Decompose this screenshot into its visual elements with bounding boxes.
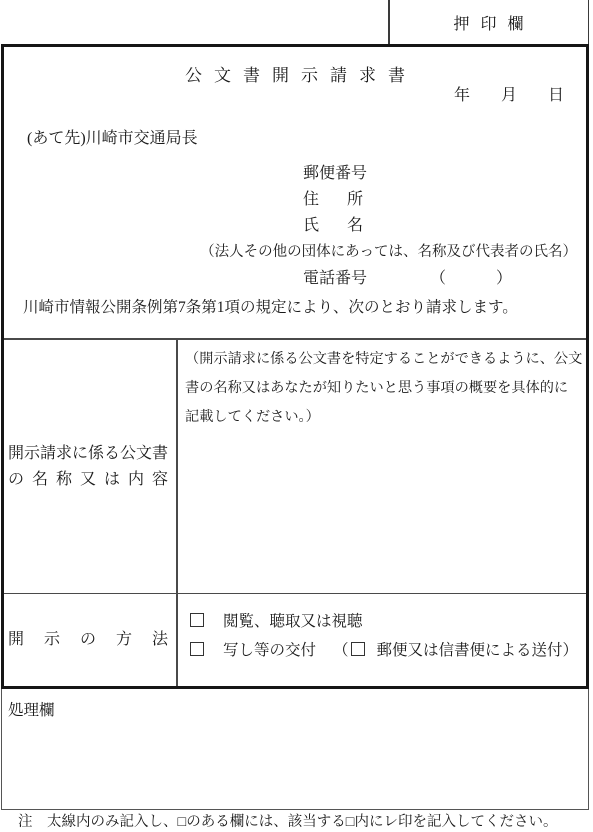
document-name-label-cell: 開示請求に係る公文書 の名称又は内容 xyxy=(4,340,178,593)
option-viewing-label: 閲覧、聴取又は視聴 xyxy=(223,613,363,630)
document-name-row: 開示請求に係る公文書 の名称又は内容 （開示請求に係る公文書を特定することができ… xyxy=(4,340,586,594)
request-statement: 川崎市情報公開条例第7条第1項の規定により、次のとおり請求します。 xyxy=(23,296,518,320)
option-mail-label: 郵便又は信書便による送付 xyxy=(377,642,563,659)
name-label: 氏 名 xyxy=(303,214,369,238)
checkbox-icon[interactable] xyxy=(351,642,365,656)
date-month-label: 月 xyxy=(501,84,517,108)
instruction-note: 注 太線内のみ記入し、□のある欄には、該当する□内にレ印を記入してください。 xyxy=(18,811,558,832)
phone-label: 電話番号 xyxy=(303,270,367,287)
postal-code-label: 郵便番号 xyxy=(303,162,367,186)
phone-line: 電話番号（） xyxy=(303,267,512,291)
checkbox-icon[interactable] xyxy=(190,613,204,627)
seal-column-label: 押印欄 xyxy=(389,0,588,44)
entry-guidance-line2: 書の名称又はあなたが知りたいと思う事項の概要を具体的に xyxy=(185,374,582,403)
addressee-line: (あて先)川崎市交通局長 xyxy=(27,127,198,151)
disclosure-method-row: 開示の方法 閲覧、聴取又は視聴 写し等の交付（郵便又は信書便による送付） xyxy=(4,594,586,686)
option-mail-group: （郵便又は信書便による送付） xyxy=(333,642,578,659)
address-label: 住 所 xyxy=(303,188,369,212)
option-viewing-row: 閲覧、聴取又は視聴 xyxy=(190,607,586,636)
mail-paren-close: ） xyxy=(563,642,579,659)
document-name-entry-cell[interactable]: （開示請求に係る公文書を特定することができるように、公文 書の名称又はあなたが知… xyxy=(178,340,586,593)
phone-paren-close: ） xyxy=(496,270,512,287)
disclosure-method-label-cell: 開示の方法 xyxy=(4,594,178,686)
entry-guidance-line1: （開示請求に係る公文書を特定することができるように、公文 xyxy=(185,345,582,374)
disclosure-method-label: 開示の方法 xyxy=(8,627,168,653)
checkbox-icon[interactable] xyxy=(190,642,204,656)
request-table: 開示請求に係る公文書 の名称又は内容 （開示請求に係る公文書を特定することができ… xyxy=(4,338,586,686)
processing-box: 処理欄 xyxy=(1,689,589,810)
applicant-entry-area: 公文書開示請求書 年 月 日 (あて先)川崎市交通局長 郵便番号 住 所 氏 名… xyxy=(1,44,589,689)
option-copies-label: 写し等の交付 xyxy=(223,642,316,659)
mail-paren-open: （ xyxy=(333,642,349,659)
date-year-label: 年 xyxy=(454,84,470,108)
document-name-label: 開示請求に係る公文書 の名称又は内容 xyxy=(8,441,168,493)
disclosure-method-options: 閲覧、聴取又は視聴 写し等の交付（郵便又は信書便による送付） xyxy=(178,594,586,686)
disclosure-request-form: 押印欄 公文書開示請求書 年 月 日 (あて先)川崎市交通局長 郵便番号 住 所… xyxy=(0,0,593,832)
date-day-label: 日 xyxy=(548,84,564,108)
processing-label: 処理欄 xyxy=(8,702,55,719)
corporate-note: （法人その他の団体にあっては、名称及び代表者の氏名） xyxy=(200,240,577,264)
option-copies-row: 写し等の交付（郵便又は信書便による送付） xyxy=(190,636,586,665)
date-line: 年 月 日 xyxy=(454,84,564,108)
phone-paren-open: （ xyxy=(430,270,446,287)
entry-guidance-line3: 記載してください。） xyxy=(185,403,582,432)
